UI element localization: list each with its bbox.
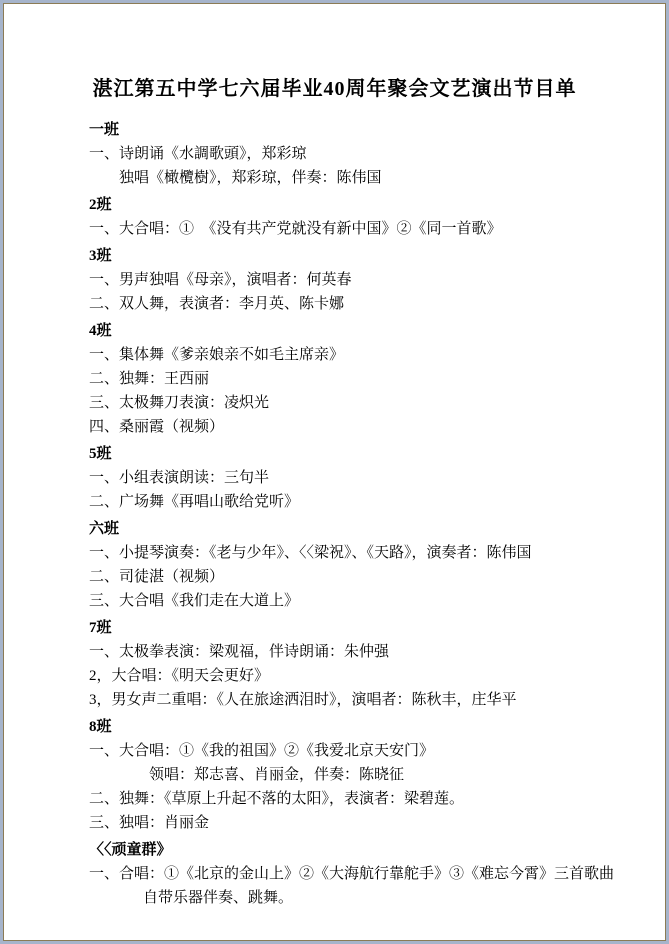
class-section-4: 4班 一、集体舞《爹亲娘亲不如毛主席亲》 二、独舞：王西丽 三、太极舞刀表演：凌… xyxy=(89,316,629,439)
class-section-7: 7班 一、太极拳表演：梁观福，伴诗朗诵：朱仲强 2，大合唱：《明天会更好》 3，… xyxy=(89,613,629,712)
program-item: 三、太极舞刀表演：凌炽光 xyxy=(89,391,629,415)
section-header: 5班 xyxy=(89,442,629,466)
section-header: 4班 xyxy=(89,319,629,343)
section-header: 〈〈顽童群》 xyxy=(89,838,629,862)
document-title: 湛江第五中学七六届毕业40周年聚会文艺演出节目单 xyxy=(4,72,665,101)
program-item: 一、合唱：①《北京的金山上》②《大海航行靠舵手》③《难忘今霄》三首歌曲 xyxy=(89,862,629,886)
program-item: 四、桑丽霞（视频） xyxy=(89,415,629,439)
program-item: 自带乐器伴奏、跳舞。 xyxy=(89,886,629,910)
section-header: 8班 xyxy=(89,715,629,739)
section-header: 7班 xyxy=(89,616,629,640)
program-item: 一、集体舞《爹亲娘亲不如毛主席亲》 xyxy=(89,343,629,367)
program-item: 一、大合唱：① 《没有共产党就没有新中国》②《同一首歌》 xyxy=(89,217,629,241)
section-header: 3班 xyxy=(89,244,629,268)
class-section-8: 8班 一、大合唱：①《我的祖国》②《我爱北京天安门》 领唱：郑志喜、肖丽金，伴奏… xyxy=(89,712,629,835)
program-item: 二、司徒湛（视频） xyxy=(89,565,629,589)
program-item: 一、大合唱：①《我的祖国》②《我爱北京天安门》 xyxy=(89,739,629,763)
program-item: 3，男女声二重唱：《人在旅途洒泪时》，演唱者：陈秋丰，庄华平 xyxy=(89,688,629,712)
program-item: 二、广场舞《再唱山歌给党听》 xyxy=(89,490,629,514)
program-item: 一、太极拳表演：梁观福，伴诗朗诵：朱仲强 xyxy=(89,640,629,664)
program-item: 一、诗朗诵《水調歌頭》，郑彩琼 xyxy=(89,142,629,166)
section-header: 六班 xyxy=(89,517,629,541)
section-header: 2班 xyxy=(89,193,629,217)
program-item: 三、大合唱《我们走在大道上》 xyxy=(89,589,629,613)
program-item: 三、独唱：肖丽金 xyxy=(89,811,629,835)
program-item: 二、双人舞，表演者：李月英、陈卡娜 xyxy=(89,292,629,316)
section-header: 一班 xyxy=(89,118,629,142)
program-item: 一、小组表演朗读：三句半 xyxy=(89,466,629,490)
window-frame: 湛江第五中学七六届毕业40周年聚会文艺演出节目单 一班 一、诗朗诵《水調歌頭》，… xyxy=(0,0,669,944)
document-page: 湛江第五中学七六届毕业40周年聚会文艺演出节目单 一班 一、诗朗诵《水調歌頭》，… xyxy=(3,3,666,941)
program-item: 独唱《橄欖樹》，郑彩琼，伴奏：陈伟国 xyxy=(89,166,629,190)
class-section-3: 3班 一、男声独唱《母亲》，演唱者：何英春 二、双人舞，表演者：李月英、陈卡娜 xyxy=(89,241,629,316)
program-item: 领唱：郑志喜、肖丽金，伴奏：陈晓征 xyxy=(89,763,629,787)
program-item: 一、男声独唱《母亲》，演唱者：何英春 xyxy=(89,268,629,292)
program-item: 二、独舞：《草原上升起不落的太阳》，表演者：梁碧莲。 xyxy=(89,787,629,811)
program-item: 一、小提琴演奏：《老与少年》、〈〈梁祝》、《天路》，演奏者：陈伟国 xyxy=(89,541,629,565)
class-section-6: 六班 一、小提琴演奏：《老与少年》、〈〈梁祝》、《天路》，演奏者：陈伟国 二、司… xyxy=(89,514,629,613)
program-item: 2，大合唱：《明天会更好》 xyxy=(89,664,629,688)
class-section-1: 一班 一、诗朗诵《水調歌頭》，郑彩琼 独唱《橄欖樹》，郑彩琼，伴奏：陈伟国 xyxy=(89,115,629,190)
class-section-5: 5班 一、小组表演朗读：三句半 二、广场舞《再唱山歌给党听》 xyxy=(89,439,629,514)
program-item: 二、独舞：王西丽 xyxy=(89,367,629,391)
document-content: 一班 一、诗朗诵《水調歌頭》，郑彩琼 独唱《橄欖樹》，郑彩琼，伴奏：陈伟国 2班… xyxy=(4,115,665,910)
class-section-wantongqun: 〈〈顽童群》 一、合唱：①《北京的金山上》②《大海航行靠舵手》③《难忘今霄》三首… xyxy=(89,835,629,910)
class-section-2: 2班 一、大合唱：① 《没有共产党就没有新中国》②《同一首歌》 xyxy=(89,190,629,241)
